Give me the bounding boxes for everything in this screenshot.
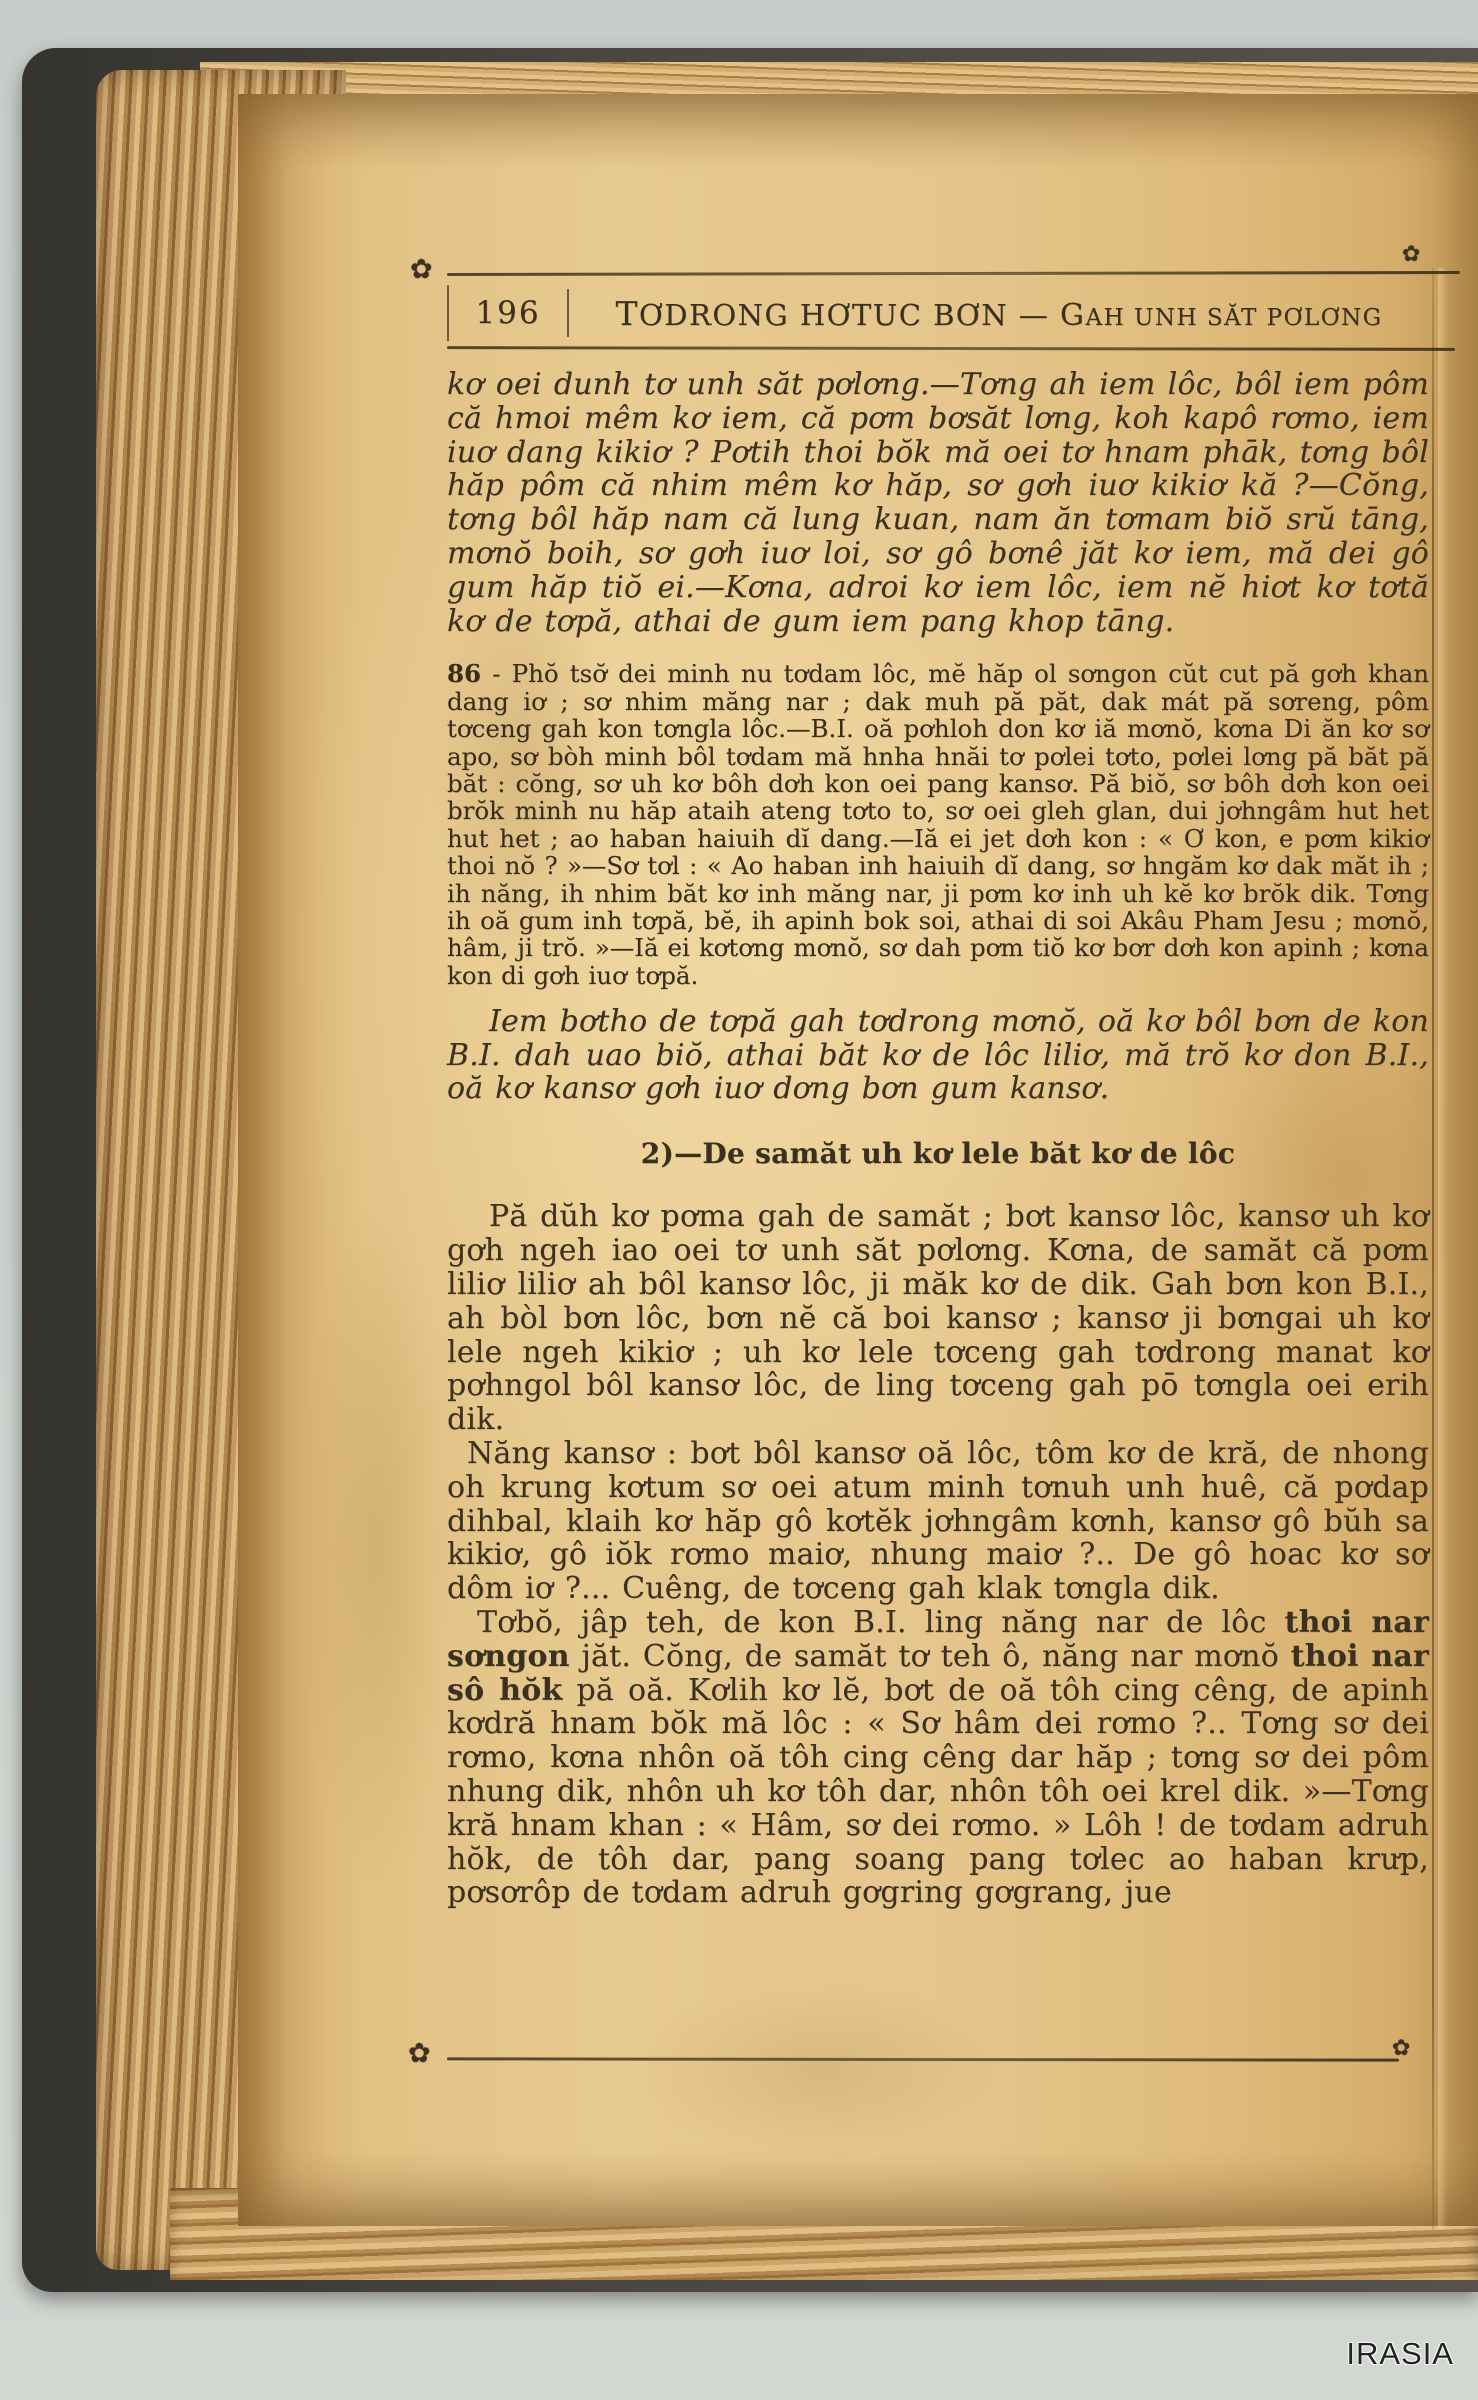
section-heading: 2)—De samăt uh kơ lele băt kơ de lôc <box>447 1137 1429 1170</box>
header-bottom-rule <box>447 346 1455 351</box>
rosette-ornament-icon: ✿ <box>410 256 433 283</box>
paragraph-italic-summary: Iem bơtho de tơpă gah tơdrong mơnŏ, oă k… <box>447 1005 1429 1105</box>
running-header: 196 TƠDRONG HƠTUC BƠN — GAH UNH SĂT PƠLƠ… <box>447 285 1429 341</box>
running-title-left: TƠDRONG HƠTUC BƠN <box>615 294 1008 333</box>
page-number: 196 <box>449 295 567 331</box>
irasia-watermark: IRASIA <box>1346 2336 1454 2372</box>
paragraph-body: Năng kansơ : bơt bôl kansơ oă lôc, tôm k… <box>447 1437 1429 1606</box>
running-title-separator: — <box>1019 298 1050 332</box>
header-top-rule <box>447 271 1460 276</box>
rosette-ornament-icon: ✿ <box>1402 244 1420 266</box>
running-title-right: GAH UNH SĂT PƠLƠNG <box>1060 298 1383 333</box>
page-content: kơ oei dunh tơ unh săt pơlơng.—Tơng ah i… <box>447 368 1429 1910</box>
text-block: 196 TƠDRONG HƠTUC BƠN — GAH UNH SĂT PƠLƠ… <box>447 272 1429 1910</box>
paragraph-body: Pă dŭh kơ pơma gah de samăt ; bơt kansơ … <box>447 1200 1429 1437</box>
scanned-book-page: { "colors": {"paper":"#e5c58b","ink":"#3… <box>0 0 1478 2400</box>
running-title: TƠDRONG HƠTUC BƠN — GAH UNH SĂT PƠLƠNG <box>569 294 1429 333</box>
page-fold-highlight <box>1438 268 1448 2230</box>
paragraph-body-with-bold: Tơbŏ, jâp teh, de kon B.I. ling năng nar… <box>447 1606 1429 1910</box>
rosette-ornament-icon: ✿ <box>408 2040 431 2067</box>
rosette-ornament-icon: ✿ <box>1392 2038 1410 2060</box>
page-fold-line <box>1432 268 1434 2230</box>
paragraph-continuation-italic: kơ oei dunh tơ unh săt pơlơng.—Tơng ah i… <box>447 368 1429 638</box>
paragraph-86-small-print: 86 - Phŏ tsơ̆ dei minh nu tơdam lôc, mĕ … <box>447 660 1429 989</box>
